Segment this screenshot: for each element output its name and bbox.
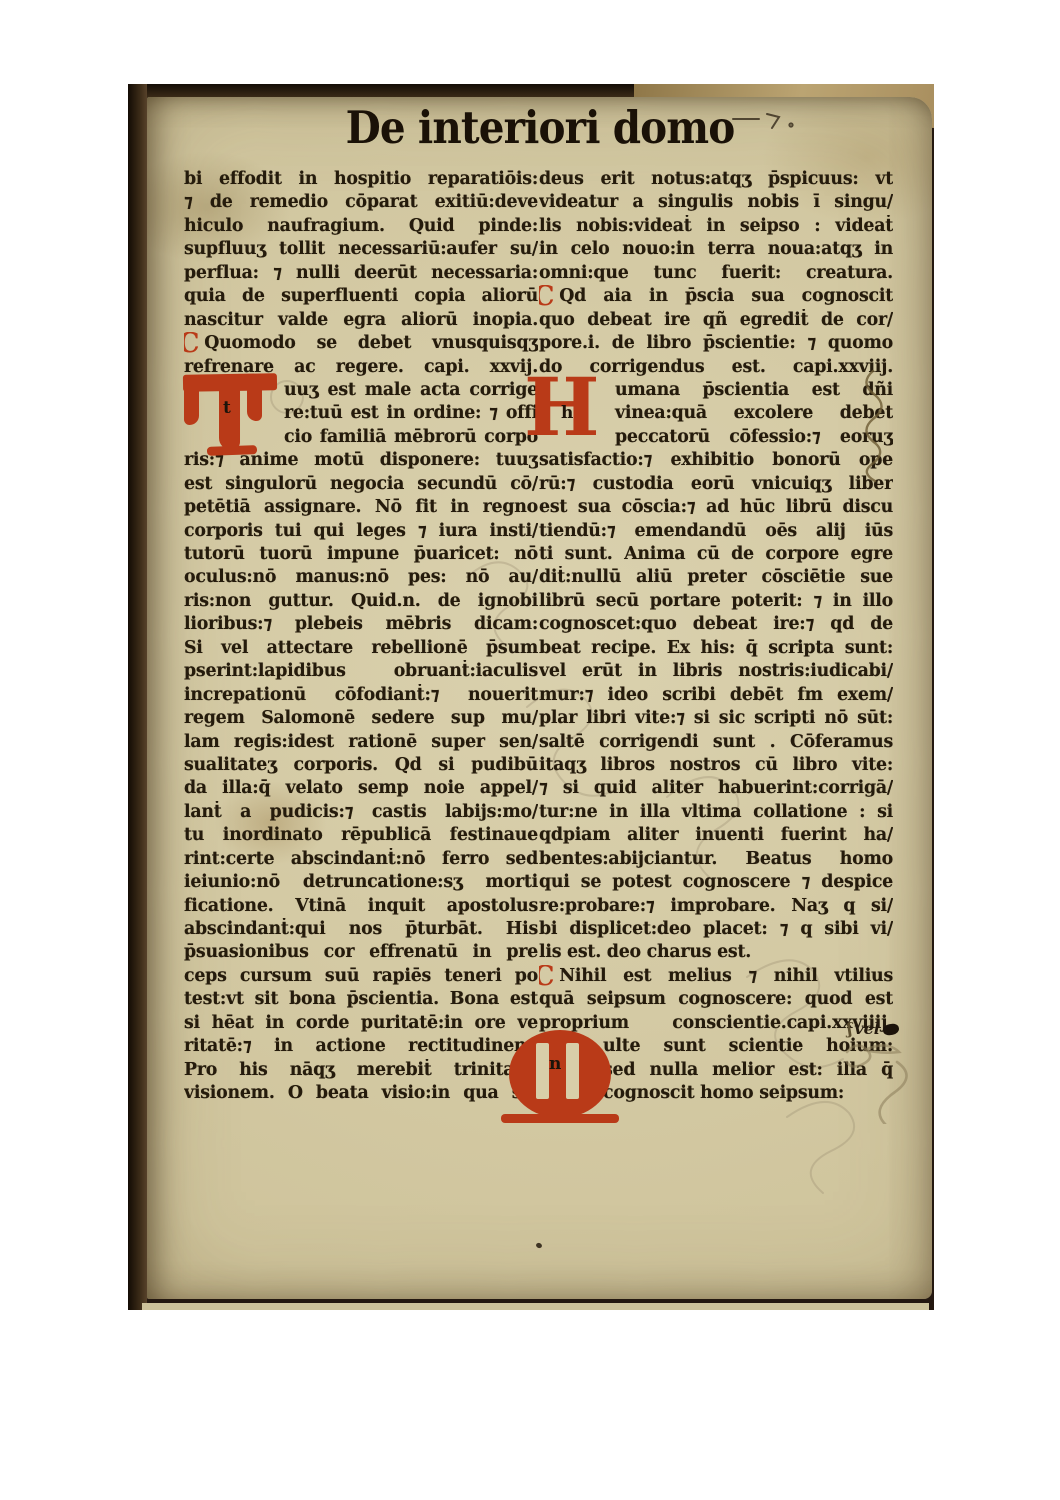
text-line: oculus:nō manus:nō pes: nō au/ xyxy=(184,566,538,589)
text-line: increpationū cōfodianṫ:⁊ nouerit xyxy=(184,684,538,707)
drop-cap-M-icon: M n xyxy=(509,1030,611,1118)
text-line: rū:⁊ custodia eorū vnicuiqʒ liber xyxy=(539,473,893,496)
annotation-text: vel xyxy=(854,1019,880,1038)
text-line: tu inordinato rēpublicā festinaue xyxy=(184,824,538,847)
ink-blob xyxy=(882,1022,900,1036)
text-line: ⁊ si quid aliter habuerint:corrigā/ xyxy=(539,777,893,800)
text-line: ceps cursum suū rapiēs teneri po xyxy=(184,965,538,988)
text-line: CQd aia in p̄scia sua cognoscit xyxy=(539,285,893,308)
text-line: quia de superfluenti copia aliorū xyxy=(184,285,538,308)
text-line: lis nobis:videaṫ in seipso : videaṫ xyxy=(539,215,893,238)
book-photo: De interiori domo bi effodit in hospitio… xyxy=(128,84,934,1310)
text-line: lam regis:idest rationē super sen/ xyxy=(184,731,538,754)
text-line: tutorū tuorū impune p̄uaricet: nō xyxy=(184,543,538,566)
text-line: petētiā assignare. Nō fit in regno xyxy=(184,496,538,519)
guide-letter-h: h xyxy=(561,403,573,423)
marginal-annotation: ʃvel xyxy=(847,1019,899,1038)
text-line: vel erūt in libris nostris:iudicabi/ xyxy=(539,660,893,683)
text-line: ficatione. Vtinā inquit apostolus xyxy=(184,895,538,918)
text-line: ieiunio:nō detruncatione:sʒ morti xyxy=(184,871,538,894)
rubric-paragraph-mark: C xyxy=(539,285,554,308)
text-line: tiendū:⁊ emendandū oēs alij iūs xyxy=(539,520,893,543)
annotation-flourish xyxy=(835,1042,925,1124)
text-line: regem Salomonē sedere sup mu/ xyxy=(184,707,538,730)
binding-top-edge xyxy=(128,84,688,97)
text-line: da illa:q̄ velato semp noie appel/ xyxy=(184,777,538,800)
annotation-flourish-mark: ʃ xyxy=(847,1019,852,1038)
running-title-text: De interiori domo xyxy=(345,101,734,154)
text-line: ritatē:⁊ in actione rectitudinem. xyxy=(184,1035,538,1058)
text-line: bi effodit in hospitio reparatiōis: xyxy=(184,168,538,191)
text-line: saltē corrigendi sunt . Cōferamus xyxy=(539,731,893,754)
text-line: si hēat in corde puritatē:in ore ve xyxy=(184,1012,538,1035)
text-line: lis est. deo charus est. xyxy=(539,941,893,964)
text-line: qui se potest cognoscere ⁊ despice xyxy=(539,871,893,894)
text-line: re:probare:⁊ improbare. Naʒ q si/ xyxy=(539,895,893,918)
text-line: abscindanṫ:qui nos p̄turbāt. His xyxy=(184,918,538,941)
text-line: deus erit notus:atqʒ p̄spicuus: vt xyxy=(539,168,893,191)
text-line: hiculo naufragium. Quid pinde: xyxy=(184,215,538,238)
text-line: quo debeat ire qñ egrediṫ de cor/ xyxy=(539,309,893,332)
text-line: est singulorū negocia secundū cō/ xyxy=(184,473,538,496)
text-line: bentes:abijciantur. Beatus homo xyxy=(539,848,893,871)
text-line: corporis tui qui leges ⁊ iura insti/ xyxy=(184,520,538,543)
text-line: proprium conscientie.capi.xxviiij. xyxy=(539,1012,893,1035)
text-column-right: deus erit notus:atqʒ p̄spicuus: vtvideat… xyxy=(539,168,893,1106)
text-line: librū secū portare poterit: ⁊ in illo xyxy=(539,590,893,613)
text-line: diṫ:nullū aliū preter cōsciētie sue xyxy=(539,566,893,589)
text-line: mur:⁊ ideo scribi debēt fm exem/ xyxy=(539,684,893,707)
text-line: rint:certe abscindanṫ:nō ferro sed xyxy=(184,848,538,871)
pen-marks xyxy=(729,105,819,133)
text-line: videatur a singulis nobis ī singu/ xyxy=(539,191,893,214)
text-line: supfluuʒ tollit necessariū:aufer su/ xyxy=(184,238,538,261)
text-line: Pro his nāqʒ merebiṫ trinitatis xyxy=(184,1059,538,1082)
text-column-left: bi effodit in hospitio reparatiōis:⁊ de … xyxy=(184,168,538,1106)
text-line: ti sunt. Anima cū de corpore egre xyxy=(539,543,893,566)
text-line: p̄suasionibus cor effrenatū in pre xyxy=(184,941,538,964)
text-line: quā seipsum cognoscere: quod est xyxy=(539,988,893,1011)
binding-left-edge xyxy=(128,84,147,1310)
text-line: pore.i. de libro p̄scientie: ⁊ quomo xyxy=(539,332,893,355)
book-page: De interiori domo bi effodit in hospitio… xyxy=(147,97,932,1299)
rubric-paragraph-mark: C xyxy=(539,965,554,988)
text-line: plar libri vite:⁊ si sic scripti nō sūt: xyxy=(539,707,893,730)
text-line: ⁊ de remedio cōparat exitiū:deve xyxy=(184,191,538,214)
text-line: in celo nouo:in terra noua:atqʒ in xyxy=(539,238,893,261)
text-line: omni:que tunc fuerit: creatura. xyxy=(539,262,893,285)
text-line: beat recipe. Ex his: q̄ scripta sunt: xyxy=(539,637,893,660)
guide-letter-m: n xyxy=(549,1054,561,1074)
text-line: CQuomodo se debet vnusquisqʒ xyxy=(184,332,538,355)
text-line: bi displicet:deo placet: ⁊ q sibi vi/ xyxy=(539,918,893,941)
text-line: sualitateʒ corporis. Qd si pudibū xyxy=(184,754,538,777)
text-line: qdpiam aliter inuenti fuerint ha/ xyxy=(539,824,893,847)
text-line: nascitur valde egra aliorū inopia. xyxy=(184,309,538,332)
rubric-paragraph-mark: C xyxy=(184,332,199,355)
guide-letter-t: t xyxy=(223,398,231,418)
text-line: test:vt sit bona p̄scientia. Bona est xyxy=(184,988,538,1011)
text-line: lanṫ a pudicis:⁊ castis labijs:mo/ xyxy=(184,801,538,824)
page-bottom-edge xyxy=(142,1303,929,1310)
text-line: CNihil est melius ⁊ nihil vtilius xyxy=(539,965,893,988)
drop-cap-T-icon: T xyxy=(183,374,279,458)
text-line: lioribus:⁊ plebeis mēbris dicam: xyxy=(184,613,538,636)
marginal-bracket-squiggle xyxy=(849,369,891,494)
text-line: Si vel attectare rebellionē p̄sum xyxy=(184,637,538,660)
text-line: visionem. O beata visio:in qua sic xyxy=(184,1082,538,1105)
text-line: perflua: ⁊ nulli deerūt necessaria: xyxy=(184,262,538,285)
text-line: itaqʒ libros nostros cū libro vite: xyxy=(539,754,893,777)
text-line: ris:non guttur. Quid.n. de ignobi xyxy=(184,590,538,613)
text-line: tur:ne in illa vltima collatione : si xyxy=(539,801,893,824)
text-line: pserint:lapidibus obruanṫ:iaculis xyxy=(184,660,538,683)
photo-background: De interiori domo bi effodit in hospitio… xyxy=(0,0,1060,1500)
text-line: cognoscet:quo debeat ire:⁊ qd de xyxy=(539,613,893,636)
text-line: est sua cōscia:⁊ ad hūc librū discu xyxy=(539,496,893,519)
